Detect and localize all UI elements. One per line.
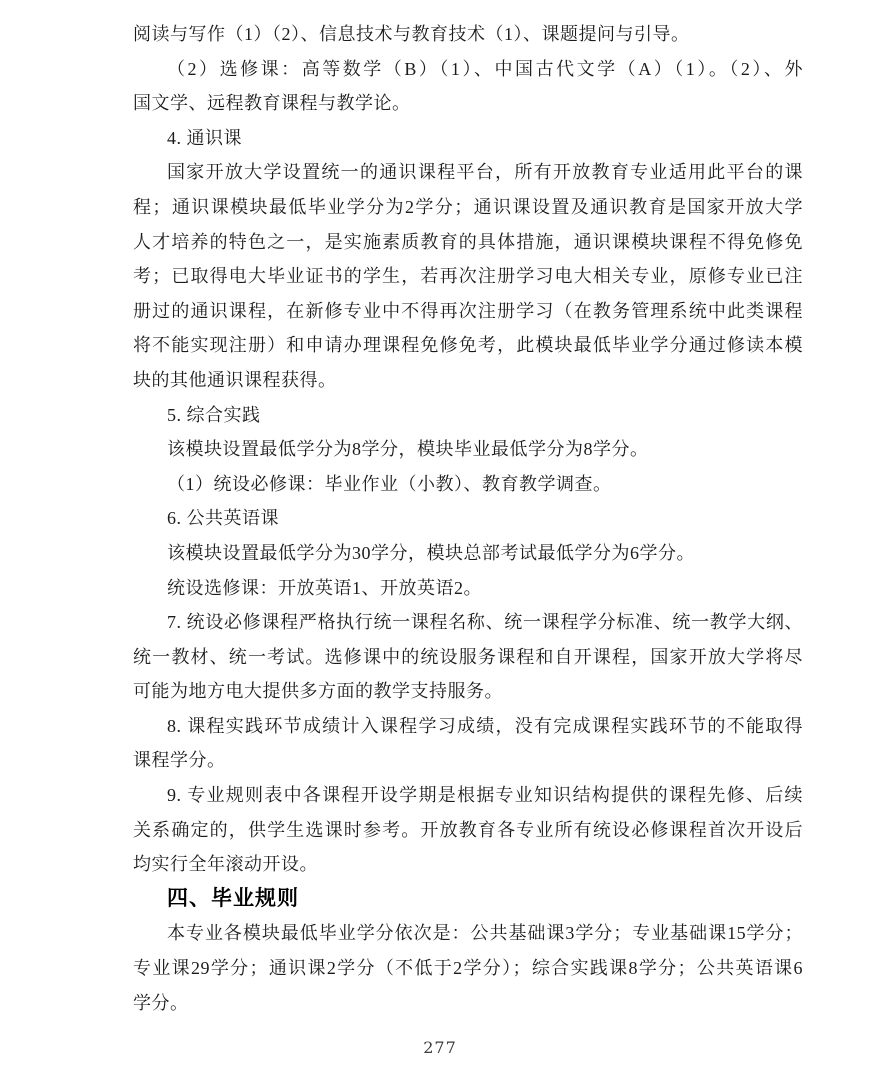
section-heading: 四、毕业规则	[133, 882, 803, 917]
text-line: 课程学分。	[133, 743, 803, 778]
text-line: 7. 统设必修课程严格执行统一课程名称、统一课程学分标准、统一教学大纲、	[133, 605, 803, 640]
paragraph: 9. 专业规则表中各课程开设学期是根据专业知识结构提供的课程先修、后续关系确定的…	[133, 778, 803, 882]
text-line: 6. 公共英语课	[133, 501, 803, 536]
text-line: 块的其他通识课程获得。	[133, 363, 803, 398]
text-line: 学分。	[133, 986, 803, 1021]
text-line: 将不能实现注册）和申请办理课程免修免考，此模块最低毕业学分通过修读本模	[133, 328, 803, 363]
text-line: 关系确定的，供学生选课时参考。开放教育各专业所有统设必修课程首次开设后	[133, 813, 803, 848]
text-line: 册过的通识课程，在新修专业中不得再次注册学习（在教务管理系统中此类课程	[133, 294, 803, 329]
paragraph: 统设选修课：开放英语1、开放英语2。	[133, 571, 803, 606]
text-line: 阅读与写作（1）（2）、信息技术与教育技术（1）、课题提问与引导。	[133, 17, 803, 52]
text-line: 人才培养的特色之一，是实施素质教育的具体措施，通识课模块课程不得免修免	[133, 225, 803, 260]
text-line: 本专业各模块最低毕业学分依次是：公共基础课3学分；专业基础课15学分；	[133, 916, 803, 951]
text-line: 统一教材、统一考试。选修课中的统设服务课程和自开课程，国家开放大学将尽	[133, 640, 803, 675]
text-line: 考；已取得电大毕业证书的学生，若再次注册学习电大相关专业，原修专业已注	[133, 259, 803, 294]
text-line: （1）统设必修课：毕业作业（小教）、教育教学调查。	[133, 467, 803, 502]
text-line: 9. 专业规则表中各课程开设学期是根据专业知识结构提供的课程先修、后续	[133, 778, 803, 813]
paragraph: 8. 课程实践环节成绩计入课程学习成绩，没有完成课程实践环节的不能取得课程学分。	[133, 709, 803, 778]
text-line: 5. 综合实践	[133, 398, 803, 433]
paragraph: 5. 综合实践	[133, 398, 803, 433]
text-line: 该模块设置最低学分为30学分，模块总部考试最低学分为6学分。	[133, 536, 803, 571]
text-line: 专业课29学分；通识课2学分（不低于2学分）；综合实践课8学分；公共英语课6	[133, 951, 803, 986]
paragraph: 6. 公共英语课	[133, 501, 803, 536]
paragraph: 7. 统设必修课程严格执行统一课程名称、统一课程学分标准、统一教学大纲、统一教材…	[133, 605, 803, 709]
paragraph: 国家开放大学设置统一的通识课程平台，所有开放教育专业适用此平台的课程；通识课模块…	[133, 155, 803, 397]
paragraph: 阅读与写作（1）（2）、信息技术与教育技术（1）、课题提问与引导。	[133, 17, 803, 52]
paragraph: （1）统设必修课：毕业作业（小教）、教育教学调查。	[133, 467, 803, 502]
text-line: 该模块设置最低学分为8学分，模块毕业最低学分为8学分。	[133, 432, 803, 467]
text-line: 均实行全年滚动开设。	[133, 847, 803, 882]
text-line: （2）选修课：高等数学（B）（1）、中国古代文学（A）（1）。（2）、外	[133, 52, 803, 87]
text-line: 8. 课程实践环节成绩计入课程学习成绩，没有完成课程实践环节的不能取得	[133, 709, 803, 744]
paragraph: （2）选修课：高等数学（B）（1）、中国古代文学（A）（1）。（2）、外国文学、…	[133, 52, 803, 121]
text-line: 4. 通识课	[133, 121, 803, 156]
paragraph: 4. 通识课	[133, 121, 803, 156]
page-number: 277	[423, 1038, 457, 1057]
text-line: 可能为地方电大提供多方面的教学支持服务。	[133, 674, 803, 709]
paragraph: 本专业各模块最低毕业学分依次是：公共基础课3学分；专业基础课15学分；专业课29…	[133, 916, 803, 1020]
paragraph: 该模块设置最低学分为30学分，模块总部考试最低学分为6学分。	[133, 536, 803, 571]
paragraph: 该模块设置最低学分为8学分，模块毕业最低学分为8学分。	[133, 432, 803, 467]
page-footer: 277	[0, 1038, 880, 1058]
document-body: 阅读与写作（1）（2）、信息技术与教育技术（1）、课题提问与引导。（2）选修课：…	[133, 17, 803, 1020]
text-line: 统设选修课：开放英语1、开放英语2。	[133, 571, 803, 606]
text-line: 程；通识课模块最低毕业学分为2学分；通识课设置及通识教育是国家开放大学	[133, 190, 803, 225]
document-page: 阅读与写作（1）（2）、信息技术与教育技术（1）、课题提问与引导。（2）选修课：…	[0, 0, 880, 1084]
text-line: 国文学、远程教育课程与教学论。	[133, 86, 803, 121]
text-line: 国家开放大学设置统一的通识课程平台，所有开放教育专业适用此平台的课	[133, 155, 803, 190]
text-line: 四、毕业规则	[133, 882, 803, 917]
